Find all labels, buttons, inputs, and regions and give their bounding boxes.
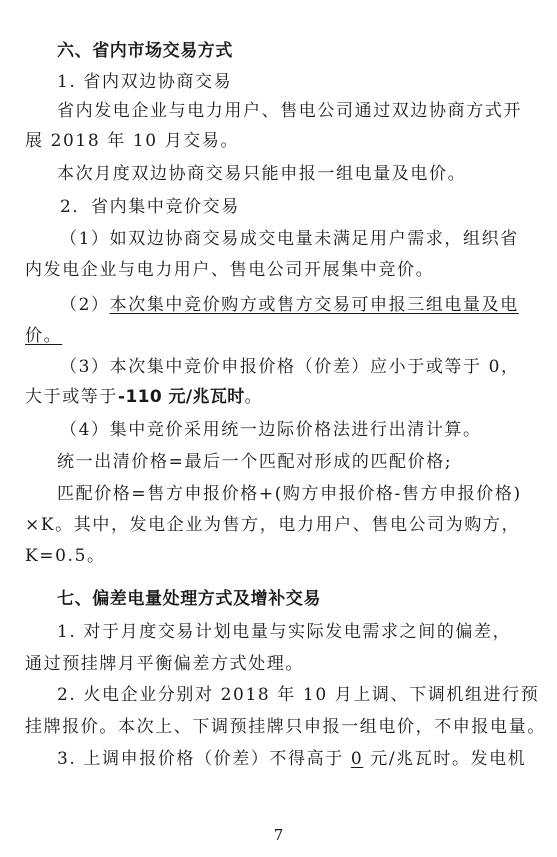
- section-7-item-3-line-1: 3. 上调申报价格（价差）不得高于 0 元/兆瓦时。发电机: [57, 748, 526, 770]
- section-6-item-2-paragraph-1-line-2: 内发电企业与电力用户、售电公司开展集中竞价。: [25, 259, 434, 281]
- page-number: 7: [0, 826, 557, 844]
- section-7-item-2-line-1: 2. 火电企业分别对 2018 年 10 月上调、下调机组进行预: [57, 684, 539, 706]
- section-6-item-2-paragraph-5: 统一出清价格=最后一个匹配对形成的匹配价格;: [57, 451, 452, 473]
- section-6-item-2-paragraph-2-line-1: （2）本次集中竞价购方或售方交易可申报三组电量及电: [60, 294, 519, 316]
- section-6-item-1-title: 1. 省内双边协商交易: [57, 71, 232, 93]
- section-6-item-2-paragraph-3-line-1: （3）本次集中竞价申报价格（价差）应小于或等于 0，: [60, 356, 520, 378]
- underlined-text: 价。: [25, 326, 62, 346]
- section-6-item-1-paragraph-line-2: 展 2018 年 10 月交易。: [25, 130, 239, 152]
- section-6-heading: 六、省内市场交易方式: [57, 40, 233, 62]
- section-7-item-2-line-2: 挂牌报价。本次上、下调预挂牌只申报一组电价，不申报电量。: [25, 716, 546, 738]
- text-prefix: 3. 上调申报价格（价差）不得高于: [57, 749, 351, 769]
- section-6-item-1-paragraph-2: 本次月度双边协商交易只能申报一组电量及电价。: [57, 163, 466, 185]
- section-6-item-2-paragraph-6-line-3: K=0.5。: [25, 545, 106, 567]
- section-6-item-1-paragraph-line-1: 省内发电企业与电力用户、售电公司通过双边协商方式开: [57, 100, 522, 122]
- underlined-text: 本次集中竞价购方或售方交易可申报三组电量及电: [110, 295, 519, 315]
- section-6-item-2-paragraph-6-line-1: 匹配价格=售方申报价格+(购方申报价格-售方申报价格): [57, 483, 522, 505]
- section-6-item-2-paragraph-4: （4）集中竞价采用统一边际价格法进行出清计算。: [60, 419, 482, 441]
- section-6-item-2-paragraph-3-line-2: 大于或等于-110 元/兆瓦时。: [25, 386, 263, 408]
- section-6-item-2-paragraph-2-line-2: 价。: [25, 325, 62, 347]
- paragraph-2-prefix: （2）: [60, 295, 110, 315]
- section-7-heading: 七、偏差电量处理方式及增补交易: [57, 588, 321, 610]
- underlined-value: 0: [351, 749, 363, 769]
- section-6-item-2-paragraph-6-line-2: ×K。其中，发电企业为售方，电力用户、售电公司为购方，: [25, 514, 520, 536]
- section-6-item-2-title: 2．省内集中竞价交易: [60, 196, 240, 218]
- section-6-item-2-paragraph-1-line-1: （1）如双边协商交易成交电量未满足用户需求，组织省: [60, 228, 519, 250]
- text-suffix: 元/兆瓦时。发电机: [363, 749, 526, 769]
- section-7-item-1-line-2: 通过预挂牌月平衡偏差方式处理。: [25, 653, 304, 675]
- text-suffix: 。: [245, 387, 264, 407]
- section-7-item-1-line-1: 1. 对于月度交易计划电量与实际发电需求之间的偏差，: [57, 621, 511, 643]
- bold-price-limit: -110 元/兆瓦时: [118, 387, 245, 407]
- text-prefix: 大于或等于: [25, 387, 118, 407]
